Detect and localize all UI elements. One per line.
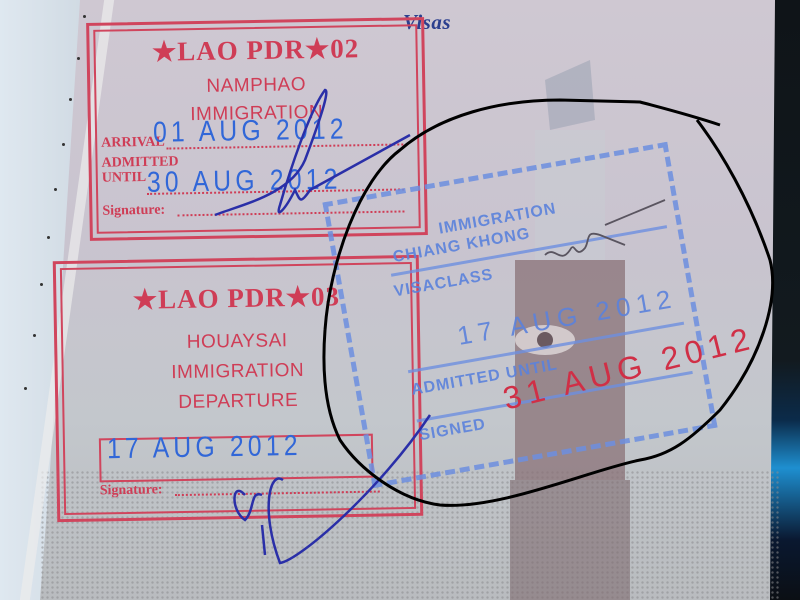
signature-1 (215, 90, 410, 215)
signature-2 (234, 415, 430, 563)
annotation-circle (324, 100, 773, 505)
signatures-and-annotation (0, 0, 800, 600)
signature-3 (545, 200, 665, 256)
